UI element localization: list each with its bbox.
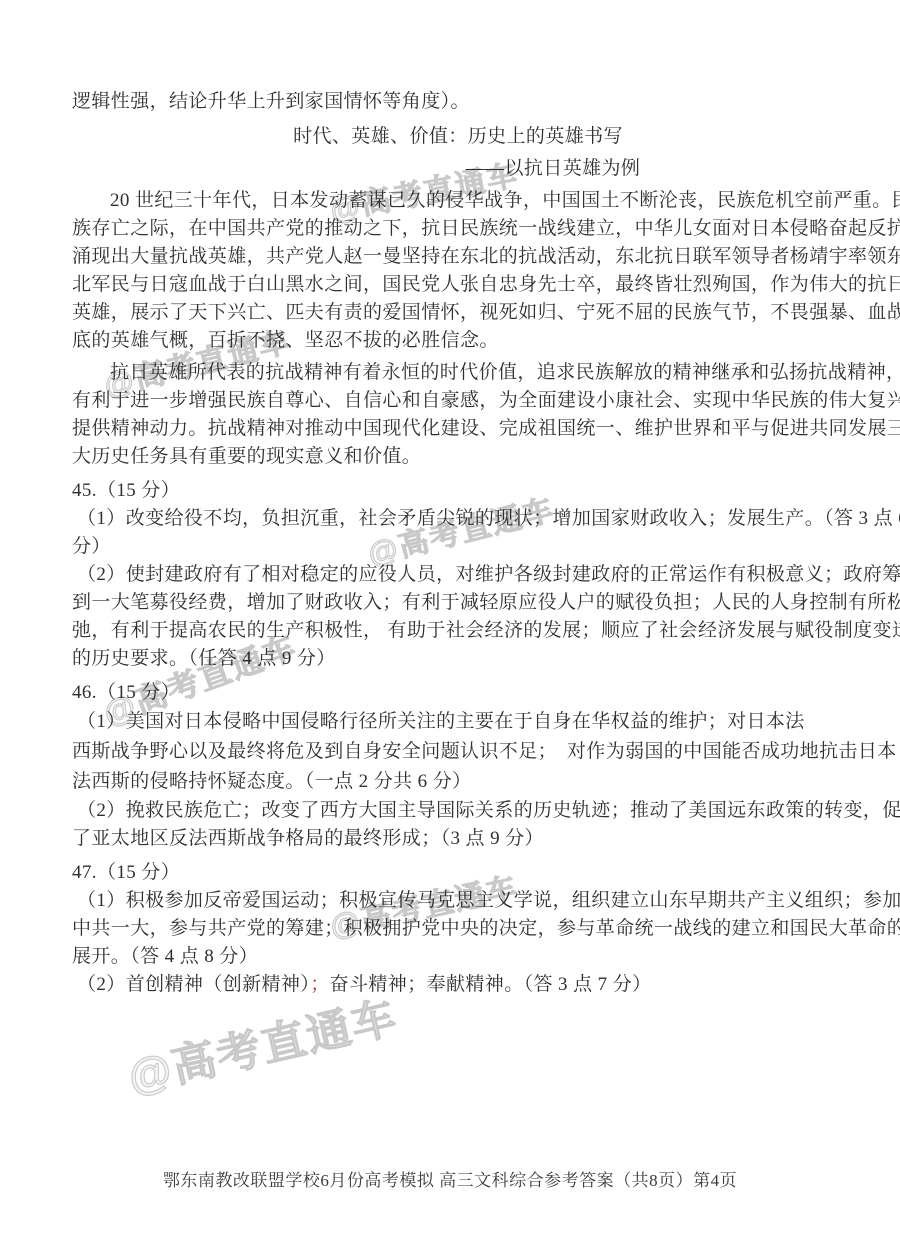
text-line: 西斯战争野心以及最终将危及到自身安全问题认识不足； 对作为弱国的中国能否成功地抗…	[72, 737, 844, 767]
text-line: 的历史要求。（任答 4 点 9 分）	[72, 645, 844, 673]
essay-title: 时代、英雄、价值：历史上的英雄书写	[72, 123, 844, 151]
text-line: 提供精神动力。抗战精神对推动中国现代化建设、完成祖国统一、维护世界和平与促进共同…	[72, 415, 844, 443]
text-fragment: （2）首创精神（创新精神）	[77, 974, 310, 995]
text-line: 20 世纪三十年代，日本发动蓄谋已久的侵华战争，中国国土不断沦丧，民族危机空前严…	[72, 187, 844, 215]
text-line: 英雄，展示了天下兴亡、匹夫有责的爱国情怀，视死如归、宁死不屈的民族气节，不畏强暴…	[72, 299, 844, 327]
text-line: 有利于进一步增强民族自尊心、自信心和自豪感，为全面建设小康社会、实现中华民族的伟…	[72, 387, 844, 415]
text-line: （2）挽救民族危亡；改变了西方大国主导国际关系的历史轨迹；推动了美国远东政策的转…	[72, 797, 844, 825]
text-line: （1）美国对日本侵略中国侵略行径所关注的主要在于自身在华权益的维护；对日本法	[72, 707, 844, 737]
question-45-header: 45.（15 分）	[72, 477, 844, 505]
text-line: （1）改变给役不均，负担沉重，社会矛盾尖锐的现状；增加国家财政收入；发展生产。（…	[72, 505, 844, 533]
text-line: 弛，有利于提高农民的生产积极性， 有助于社会经济的发展；顺应了社会经济发展与赋役…	[72, 617, 844, 645]
question-46-header: 46.（15 分）	[72, 679, 844, 707]
text-line: 底的英雄气概，百折不挠、坚忍不拔的必胜信念。	[72, 327, 844, 355]
essay-subtitle: ——以抗日英雄为例	[167, 155, 900, 183]
text-fragment: 奋斗精神；奉献精神。（答 3 点 7 分）	[330, 974, 652, 995]
text-line: 展开。（答 4 点 8 分）	[72, 943, 844, 971]
text-line: （1）积极参加反帝爱国运动；积极宣传马克思主义学说，组织建立山东早期共产主义组织…	[72, 887, 844, 915]
page-footer: 鄂东南教改联盟学校6月份高考模拟 高三文科综合参考答案（共8页）第4页	[0, 1166, 900, 1191]
text-line: 北军民与日寇血战于白山黑水之间，国民党人张自忠身先士卒，最终皆壮烈殉国，作为伟大…	[72, 271, 844, 299]
scanned-answer-page: @高考直通车@高考直通车@高考直通车@高考直通车@高考直通车@高考直通车 逻辑性…	[0, 0, 900, 1252]
text-line: （2）使封建政府有了相对稳定的应役人员，对维护各级封建政府的正常运作有积极意义；…	[72, 561, 844, 589]
watermark-text: @高考直通车	[121, 981, 403, 1105]
text-line: 分）	[72, 533, 844, 561]
continuation-line: 逻辑性强，结论升华上升到家国情怀等角度）。	[72, 88, 844, 116]
text-line: 法西斯的侵略持怀疑态度。（一点 2 分共 6 分）	[72, 767, 844, 797]
text-line: 到一大笔募役经费，增加了财政收入；有利于减轻原应役人户的赋役负担；人民的人身控制…	[72, 589, 844, 617]
red-semicolon: ；	[310, 974, 329, 995]
text-line: 大历史任务具有重要的现实意义和价值。	[72, 443, 844, 471]
question-47-header: 47.（15 分）	[72, 859, 844, 887]
text-line: 族存亡之际，在中国共产党的推动之下，抗日民族统一战线建立，中华儿女面对日本侵略奋…	[72, 215, 844, 243]
answer-47-2-line: （2）首创精神（创新精神）；奋斗精神；奉献精神。（答 3 点 7 分）	[72, 971, 844, 999]
text-line: 抗日英雄所代表的抗战精神有着永恒的时代价值，追求民族解放的精神继承和弘扬抗战精神…	[72, 359, 844, 387]
text-line: 中共一大，参与共产党的筹建；积极拥护党中央的决定，参与革命统一战线的建立和国民大…	[72, 915, 844, 943]
document-body: 逻辑性强，结论升华上升到家国情怀等角度）。时代、英雄、价值：历史上的英雄书写——…	[72, 88, 844, 999]
text-line: 了亚太地区反法西斯战争格局的最终形成；（3 点 9 分）	[72, 825, 844, 853]
text-line: 涌现出大量抗战英雄，共产党人赵一曼坚持在东北的抗战活动，东北抗日联军领导者杨靖宇…	[72, 243, 844, 271]
